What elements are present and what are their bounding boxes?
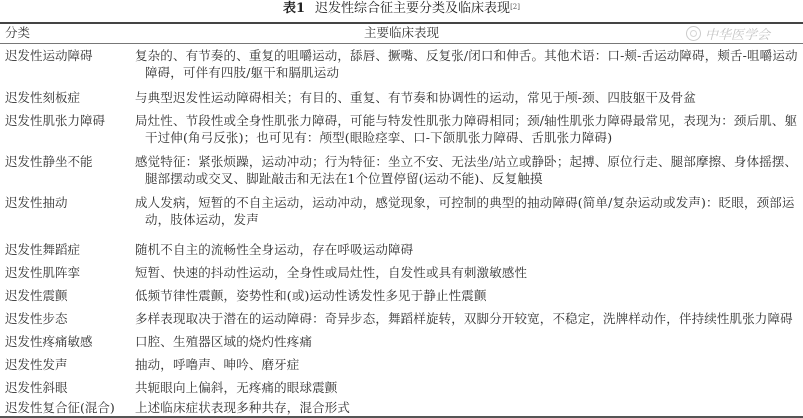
- row-description: 多样表现取决于潜在的运动障碍：奇异步态，舞蹈样旋转，双脚分开较宽，不稳定，洗牌样…: [135, 310, 803, 327]
- row-category: 迟发性刻板症: [5, 89, 80, 106]
- row-category: 迟发性运动障碍: [5, 47, 93, 64]
- row-category: 迟发性舞蹈症: [5, 241, 80, 258]
- row-category: 迟发性步态: [5, 310, 68, 327]
- row-category: 迟发性震颤: [5, 287, 68, 304]
- row-description: 低频节律性震颤，姿势性和(或)运动性诱发性多见于静止性震颤: [135, 287, 803, 304]
- row-description: 抽动，呼噜声、呻吟、磨牙症: [135, 356, 803, 373]
- row-description: 成人发病，短暂的不自主运动，运动冲动，感觉现象，可控制的典型的抽动障碍(简单/复…: [135, 194, 803, 228]
- seal-icon: [686, 26, 701, 41]
- row-category: 迟发性抽动: [5, 194, 68, 211]
- row-description: 短暂、快速的抖动性运动，全身性或局灶性，自发性或具有刺激敏感性: [135, 264, 803, 281]
- table-label: 表1: [283, 1, 305, 16]
- row-description: 局灶性、节段性或全身性肌张力障碍，可能与特发性肌张力障碍相同；颈/轴性肌张力障碍…: [135, 112, 803, 146]
- row-description: 复杂的、有节奏的、重复的咀嚼运动，舔唇、撅嘴、反复张/闭口和伸舌。其他术语：口-…: [135, 47, 803, 81]
- row-category: 迟发性发声: [5, 356, 68, 373]
- header-category: 分类: [5, 23, 30, 43]
- row-description: 口腔、生殖器区域的烧灼性疼痛: [135, 333, 803, 350]
- row-description: 上述临床症状表现多种共存，混合形式: [135, 399, 803, 416]
- row-description: 感觉特征：紧张烦躁，运动冲动；行为特征：坐立不安、无法坐/站立或静卧；起搏、原位…: [135, 153, 803, 187]
- row-category: 迟发性肌张力障碍: [5, 112, 105, 129]
- table-title: 迟发性综合征主要分类及临床表现: [315, 1, 510, 16]
- header-description: 主要临床表现: [0, 23, 803, 43]
- row-description: 随机不自主的流畅性全身运动，存在呼吸运动障碍: [135, 241, 803, 258]
- table-header-rule: [0, 43, 803, 44]
- row-category: 迟发性疼痛敏感: [5, 333, 93, 350]
- row-category: 迟发性静坐不能: [5, 153, 93, 170]
- table-caption: 表1迟发性综合征主要分类及临床表现[2]: [0, 0, 803, 20]
- watermark: 中华医学会: [686, 24, 770, 42]
- row-category: 迟发性复合征(混合): [5, 399, 115, 416]
- row-category: 迟发性斜眼: [5, 379, 68, 396]
- row-category: 迟发性肌阵挛: [5, 264, 80, 281]
- row-description: 共轭眼向上偏斜，无疼痛的眼球震颤: [135, 379, 803, 396]
- table-header-row: 主要临床表现 分类: [0, 23, 803, 43]
- row-description: 与典型迟发性运动障碍相关；有目的、重复、有节奏和协调性的运动，常见于颅-颈、四肢…: [135, 89, 803, 106]
- watermark-text: 中华医学会: [705, 24, 770, 43]
- reference-marker[interactable]: [2]: [510, 3, 520, 11]
